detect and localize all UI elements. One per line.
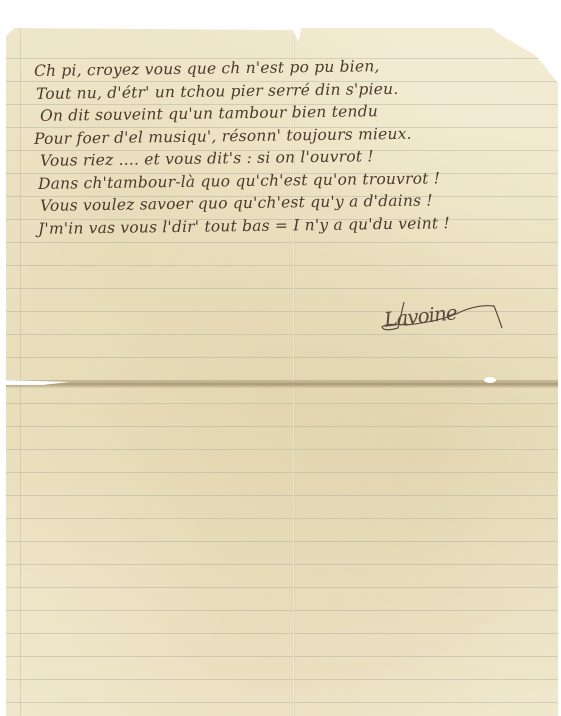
paper-hole-right: [484, 377, 496, 383]
letter-body: Ch pi, croyez vous que ch n'est po pu bi…: [34, 60, 554, 240]
horizontal-fold-tear: [6, 380, 558, 388]
letter-paper: Ch pi, croyez vous que ch n'est po pu bi…: [6, 28, 558, 716]
margin-line: [20, 28, 21, 716]
